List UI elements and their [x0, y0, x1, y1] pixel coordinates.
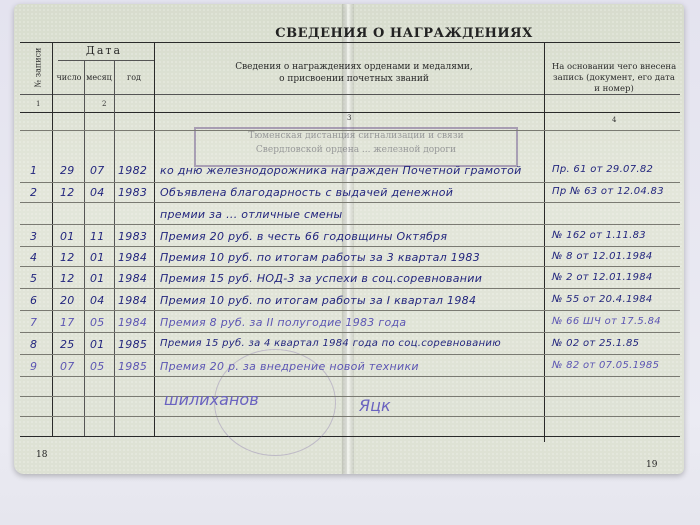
row-month: 04 — [90, 294, 105, 307]
record-book-spread: СВЕДЕНИЯ О НАГРАЖДЕНИЯХ № записи Дата чи… — [14, 4, 690, 474]
row-year: 1984 — [118, 251, 147, 264]
row-year: 1983 — [118, 230, 147, 243]
header-month: месяц — [84, 72, 114, 83]
row-rule — [20, 288, 680, 289]
header-year: год — [114, 72, 154, 83]
row-year: 1985 — [118, 360, 147, 373]
row-rule — [20, 202, 680, 203]
row-rule — [20, 246, 680, 247]
row-day: 17 — [60, 316, 75, 329]
row-year: 1984 — [118, 272, 147, 285]
row-document: № 55 от 20.4.1984 — [552, 294, 653, 305]
row-document: № 2 от 12.01.1984 — [552, 272, 653, 283]
header-basis: На основании чего внесена запись (докуме… — [549, 62, 679, 95]
row-rule — [20, 310, 680, 311]
row-rule — [20, 182, 680, 183]
row-rule — [20, 376, 680, 377]
row-day: 12 — [60, 272, 75, 285]
row-day: 12 — [60, 251, 75, 264]
row-award-text: ко дню железнодорожника награжден Почетн… — [160, 164, 522, 177]
row-year: 1984 — [118, 316, 147, 329]
col-number-3: 3 — [347, 114, 351, 122]
row-year: 1982 — [118, 164, 147, 177]
row-day: 07 — [60, 360, 75, 373]
col-divider-3 — [114, 60, 115, 436]
row-award-text: Премия 8 руб. за II полугодие 1983 года — [160, 316, 406, 329]
col-number-1: 1 — [36, 100, 40, 108]
row-day: 01 — [60, 230, 75, 243]
row-number: 7 — [30, 316, 37, 329]
row-number: 9 — [30, 360, 37, 373]
row-number: 8 — [30, 338, 37, 351]
row-document: Пр. 61 от 29.07.82 — [552, 164, 653, 175]
col-divider-2 — [84, 60, 85, 436]
row-document: № 66 ШЧ от 17.5.84 — [552, 316, 661, 327]
row-day: 12 — [60, 186, 75, 199]
row-document: № 162 от 1.11.83 — [552, 230, 646, 241]
row-rule — [20, 130, 680, 131]
row-rule — [20, 224, 680, 225]
col-number-2: 2 — [102, 100, 106, 108]
signature-right: Яцк — [359, 396, 391, 415]
row-award-text: Премия 15 руб. НОД-3 за успехи в соц.сор… — [160, 272, 482, 285]
row-document: № 8 от 12.01.1984 — [552, 251, 653, 262]
row-month: 05 — [90, 316, 105, 329]
row-month: 04 — [90, 186, 105, 199]
row-number: 4 — [30, 251, 37, 264]
row-award-text: Объявлена благодарность с выдачей денежн… — [160, 186, 453, 199]
organization-stamp: Тюменская дистанция сигнализации и связи… — [194, 127, 518, 167]
row-year: 1983 — [118, 186, 147, 199]
row-month: 01 — [90, 338, 105, 351]
row-award-text: Премия 20 руб. в честь 66 годовщины Октя… — [160, 230, 447, 243]
row-award-text: Премия 10 руб. по итогам работы за I ква… — [160, 294, 476, 307]
row-award-text: Премия 10 руб. по итогам работы за 3 ква… — [160, 251, 480, 264]
row-day: 29 — [60, 164, 75, 177]
row-month: 01 — [90, 272, 105, 285]
table-top-border — [20, 42, 680, 43]
header-awards-line1: Сведения о награждениях орденами и медал… — [204, 62, 504, 73]
header-day: число — [54, 72, 84, 83]
row-month: 01 — [90, 251, 105, 264]
row-rule — [20, 416, 680, 417]
header-bottom-border — [20, 112, 680, 113]
row-month: 07 — [90, 164, 105, 177]
col-number-4: 4 — [612, 116, 616, 124]
row-document: Пр № 63 от 12.04.83 — [552, 186, 664, 197]
stamp-line-2: Свердловской ордена ... железной дороги — [196, 143, 516, 157]
row-rule — [20, 396, 680, 397]
row-award-text: Премия 20 р. за внедрение новой техники — [160, 360, 419, 373]
page-number-left: 18 — [36, 450, 47, 460]
stamp-line-1: Тюменская дистанция сигнализации и связи — [196, 129, 516, 143]
row-rule — [20, 332, 680, 333]
signature-left: шилиханов — [164, 390, 259, 409]
row-number: 2 — [30, 186, 37, 199]
header-record-number: № записи — [33, 48, 44, 88]
row-day: 20 — [60, 294, 75, 307]
row-rule — [20, 266, 680, 267]
row-rule — [20, 354, 680, 355]
row-number: 6 — [30, 294, 37, 307]
row-award-text: Премия 15 руб. за 4 квартал 1984 года по… — [160, 338, 501, 349]
header-date: Дата — [54, 45, 154, 56]
page-number-right: 19 — [646, 460, 657, 470]
row-month: 05 — [90, 360, 105, 373]
row-month: 11 — [90, 230, 105, 243]
table-bottom-border — [20, 436, 680, 437]
row-year: 1985 — [118, 338, 147, 351]
header-awards-line2: о присвоении почетных званий — [204, 74, 504, 85]
row-number: 1 — [30, 164, 37, 177]
page-title: СВЕДЕНИЯ О НАГРАЖДЕНИЯХ — [254, 26, 554, 41]
row-number: 5 — [30, 272, 37, 285]
date-header-divider — [58, 60, 154, 61]
row-number: 3 — [30, 230, 37, 243]
row-document: № 82 от 07.05.1985 — [552, 360, 659, 371]
row-year: 1984 — [118, 294, 147, 307]
row-day: 25 — [60, 338, 75, 351]
row-award-text: премии за ... отличные смены — [160, 208, 342, 221]
row-document: № 02 от 25.1.85 — [552, 338, 639, 349]
col-divider-5 — [544, 42, 545, 442]
